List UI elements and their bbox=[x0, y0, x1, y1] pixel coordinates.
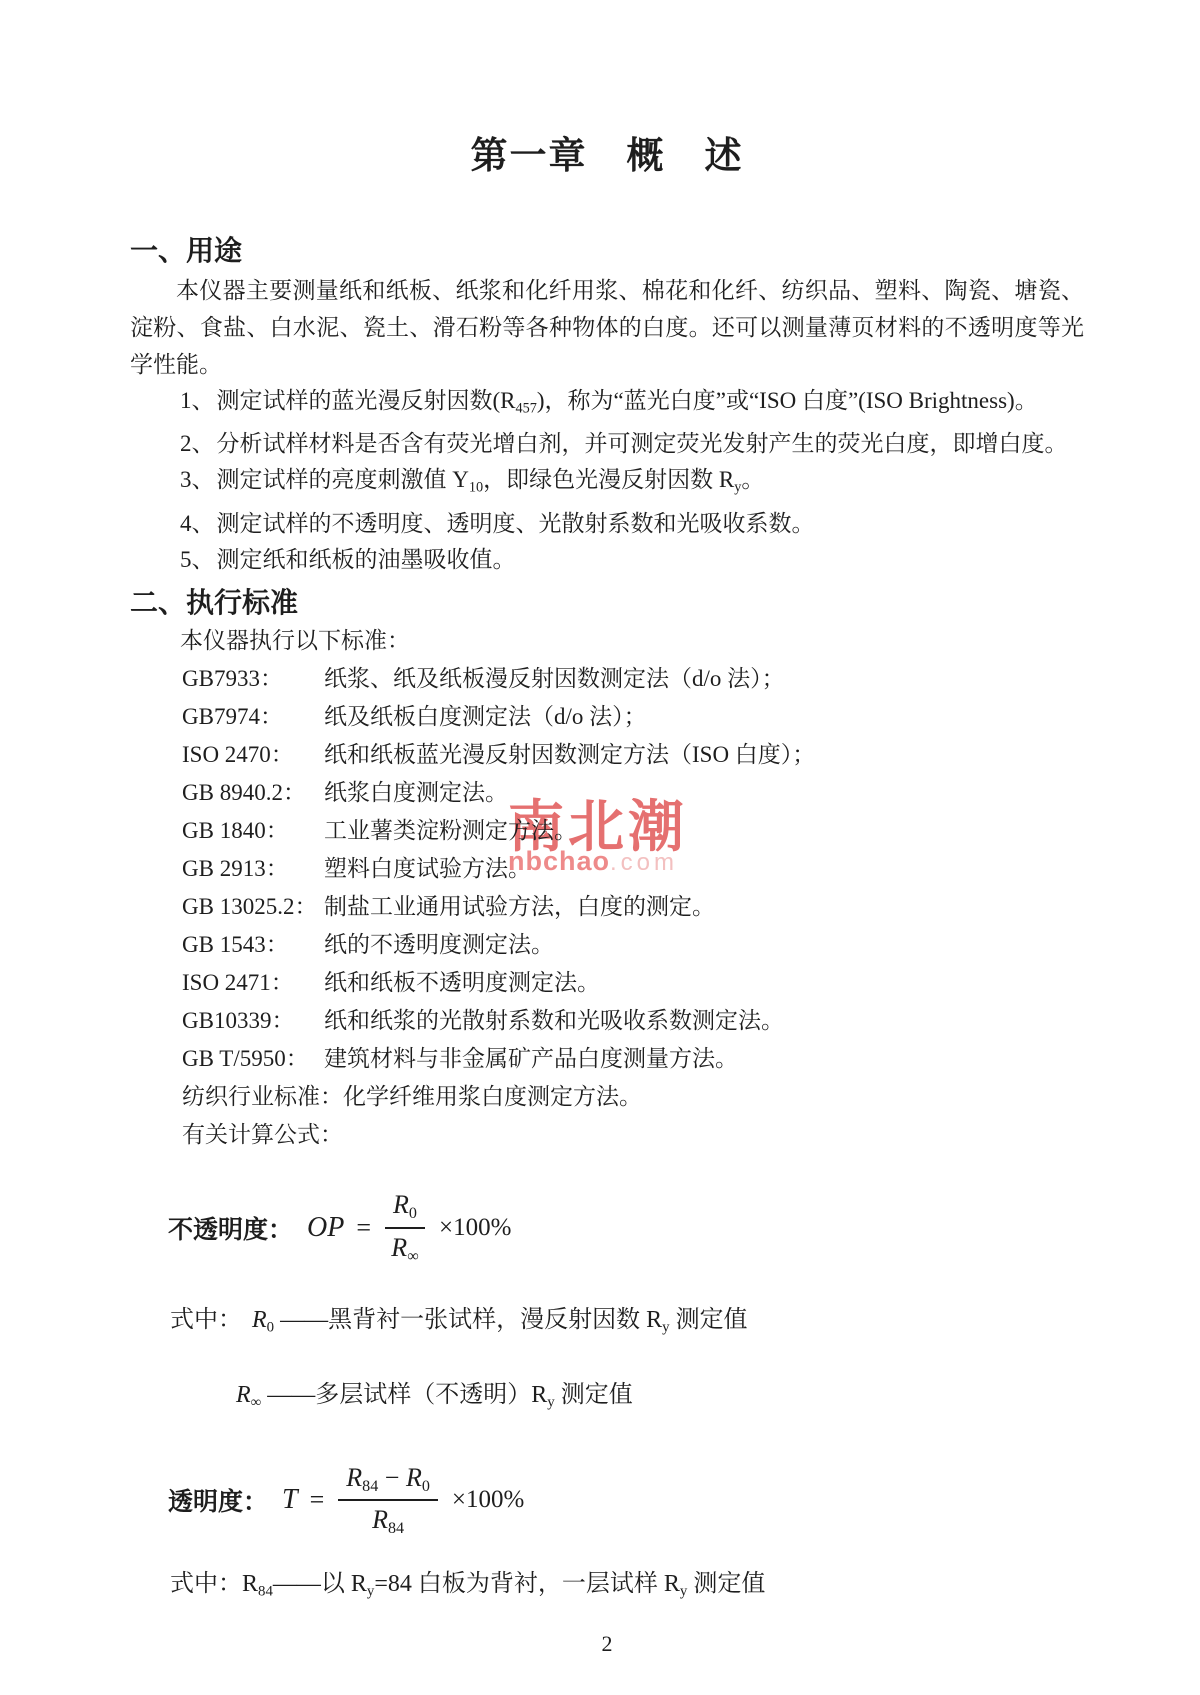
formula-equals: = bbox=[356, 1213, 371, 1243]
formula-equals: = bbox=[310, 1485, 325, 1515]
standard-desc: 纸浆、纸及纸板漫反射因数测定法（d/o 法）； bbox=[324, 660, 1084, 698]
standard-desc: 纸浆白度测定法。 bbox=[324, 774, 1084, 812]
standard-desc: 建筑材料与非金属矿产品白度测量方法。 bbox=[324, 1040, 1084, 1078]
standard-row: GB 1543：纸的不透明度测定法。 bbox=[182, 926, 1084, 964]
standard-code: GB10339： bbox=[182, 1002, 324, 1040]
item-number: 5、 bbox=[180, 547, 215, 572]
standard-desc: 纸的不透明度测定法。 bbox=[324, 926, 1084, 964]
standard-row: GB T/5950：建筑材料与非金属矿产品白度测量方法。 bbox=[182, 1040, 1084, 1078]
textile-standard-line: 纺织行业标准：化学纤维用浆白度测定方法。 bbox=[182, 1078, 1084, 1116]
standard-desc: 纸和纸板蓝光漫反射因数测定方法（ISO 白度）； bbox=[324, 736, 1084, 774]
where-line-r0: 式中：R0 ——黑背衬一张试样，漫反射因数 Ry 测定值 bbox=[170, 1304, 1084, 1343]
standard-desc: 制盐工业通用试验方法，白度的测定。 bbox=[324, 888, 1084, 926]
standard-row: GB 8940.2：纸浆白度测定法。 bbox=[182, 774, 1084, 812]
page-content: 第一章 概 述 一、用途 本仪器主要测量纸和纸板、纸浆和化纤用浆、棉花和化纤、纺… bbox=[0, 0, 1200, 1695]
transparency-formula: 透明度： T = R84 − R0 R84 ×100% bbox=[168, 1452, 1084, 1548]
usage-list: 1、测定试样的蓝光漫反射因数(R457)，称为“蓝光白度”或“ISO 白度”(I… bbox=[130, 383, 1084, 578]
list-item: 1、测定试样的蓝光漫反射因数(R457)，称为“蓝光白度”或“ISO 白度”(I… bbox=[210, 383, 1084, 426]
fraction: R0 R∞ bbox=[385, 1190, 425, 1266]
chapter-title: 第一章 概 述 bbox=[130, 134, 1084, 178]
page-number: 2 bbox=[130, 1630, 1084, 1658]
formula-label: 透明度： bbox=[168, 1482, 268, 1518]
fraction-numerator: R84 − R0 bbox=[338, 1463, 438, 1502]
where-line-rinf: R∞ ——多层试样（不透明）Ry 测定值 bbox=[236, 1379, 1084, 1418]
standard-desc: 塑料白度试验方法。 bbox=[324, 850, 1084, 888]
item-text: 测定试样的蓝光漫反射因数(R457)，称为“蓝光白度”或“ISO 白度”(ISO… bbox=[217, 388, 1038, 413]
item-number: 2、 bbox=[180, 431, 215, 456]
formula-tail: ×100% bbox=[452, 1486, 524, 1514]
standard-code: ISO 2471： bbox=[182, 964, 324, 1002]
standard-code: GB 1543： bbox=[182, 926, 324, 964]
standard-code: ISO 2470： bbox=[182, 736, 324, 774]
where-text: 式中：R84——以 Ry=84 白板为背衬，一层试样 Ry 测定值 bbox=[170, 1571, 765, 1597]
item-number: 1、 bbox=[180, 388, 215, 413]
where-line-r84: 式中：R84——以 Ry=84 白板为背衬，一层试样 Ry 测定值 bbox=[170, 1568, 1084, 1607]
document-page: 南北潮 nbchao.com 第一章 概 述 一、用途 本仪器主要测量纸和纸板、… bbox=[0, 0, 1200, 1695]
standard-desc: 纸和纸浆的光散射系数和光吸收系数测定法。 bbox=[324, 1002, 1084, 1040]
item-text: 测定纸和纸板的油墨吸收值。 bbox=[217, 547, 516, 572]
list-item: 3、测定试样的亮度刺激值 Y10，即绿色光漫反射因数 Ry。 bbox=[210, 462, 1084, 505]
standard-code: GB 13025.2： bbox=[182, 888, 324, 926]
section-standards-heading: 二、执行标准 bbox=[130, 586, 1084, 620]
standard-row: GB 13025.2：制盐工业通用试验方法，白度的测定。 bbox=[182, 888, 1084, 926]
standard-row: GB10339：纸和纸浆的光散射系数和光吸收系数测定法。 bbox=[182, 1002, 1084, 1040]
item-number: 3、 bbox=[180, 467, 215, 492]
formula-label: 不透明度： bbox=[168, 1210, 293, 1246]
standard-row: GB 1840：工业薯类淀粉测定方法。 bbox=[182, 812, 1084, 850]
item-text: 分析试样材料是否含有荧光增白剂，并可测定荧光发射产生的荧光白度，即增白度。 bbox=[217, 431, 1068, 456]
formula-lhs: T bbox=[282, 1484, 298, 1516]
standard-desc: 纸和纸板不透明度测定法。 bbox=[324, 964, 1084, 1002]
standard-code: GB T/5950： bbox=[182, 1040, 324, 1078]
item-text: 测定试样的亮度刺激值 Y10，即绿色光漫反射因数 Ry。 bbox=[217, 467, 765, 492]
fraction-denominator: R∞ bbox=[385, 1229, 425, 1266]
where-text: R0 ——黑背衬一张试样，漫反射因数 Ry 测定值 bbox=[252, 1307, 748, 1333]
list-item: 4、测定试样的不透明度、透明度、光散射系数和光吸收系数。 bbox=[210, 506, 1084, 542]
list-item: 5、测定纸和纸板的油墨吸收值。 bbox=[210, 542, 1084, 578]
section-usage-heading: 一、用途 bbox=[130, 234, 1084, 268]
item-text: 测定试样的不透明度、透明度、光散射系数和光吸收系数。 bbox=[217, 511, 815, 536]
fraction-denominator: R84 bbox=[338, 1501, 438, 1538]
standard-row: GB7974：纸及纸板白度测定法（d/o 法）； bbox=[182, 698, 1084, 736]
usage-paragraph: 本仪器主要测量纸和纸板、纸浆和化纤用浆、棉花和化纤、纺织品、塑料、陶瓷、塘瓷、淀… bbox=[130, 272, 1084, 383]
standard-code: GB7933： bbox=[182, 660, 324, 698]
opacity-formula: 不透明度： OP = R0 R∞ ×100% bbox=[168, 1180, 1084, 1276]
where-prefix: 式中： bbox=[170, 1307, 242, 1333]
item-number: 4、 bbox=[180, 511, 215, 536]
standards-table: GB7933：纸浆、纸及纸板漫反射因数测定法（d/o 法）； GB7974：纸及… bbox=[182, 660, 1084, 1078]
standard-desc: 纸及纸板白度测定法（d/o 法）； bbox=[324, 698, 1084, 736]
formula-tail: ×100% bbox=[439, 1214, 511, 1242]
formula-intro-line: 有关计算公式： bbox=[182, 1116, 1084, 1154]
standard-row: GB7933：纸浆、纸及纸板漫反射因数测定法（d/o 法）； bbox=[182, 660, 1084, 698]
fraction-numerator: R0 bbox=[385, 1190, 425, 1229]
standard-row: ISO 2470：纸和纸板蓝光漫反射因数测定方法（ISO 白度）； bbox=[182, 736, 1084, 774]
standard-code: GB 2913： bbox=[182, 850, 324, 888]
standard-code: GB 8940.2： bbox=[182, 774, 324, 812]
fraction: R84 − R0 R84 bbox=[338, 1463, 438, 1539]
standard-row: ISO 2471：纸和纸板不透明度测定法。 bbox=[182, 964, 1084, 1002]
list-item: 2、分析试样材料是否含有荧光增白剂，并可测定荧光发射产生的荧光白度，即增白度。 bbox=[210, 426, 1084, 462]
standard-desc: 工业薯类淀粉测定方法。 bbox=[324, 812, 1084, 850]
standard-row: GB 2913：塑料白度试验方法。 bbox=[182, 850, 1084, 888]
standards-intro: 本仪器执行以下标准： bbox=[180, 622, 1084, 660]
standard-code: GB 1840： bbox=[182, 812, 324, 850]
where-text: R∞ ——多层试样（不透明）Ry 测定值 bbox=[236, 1382, 633, 1408]
standard-code: GB7974： bbox=[182, 698, 324, 736]
formula-lhs: OP bbox=[307, 1212, 344, 1244]
